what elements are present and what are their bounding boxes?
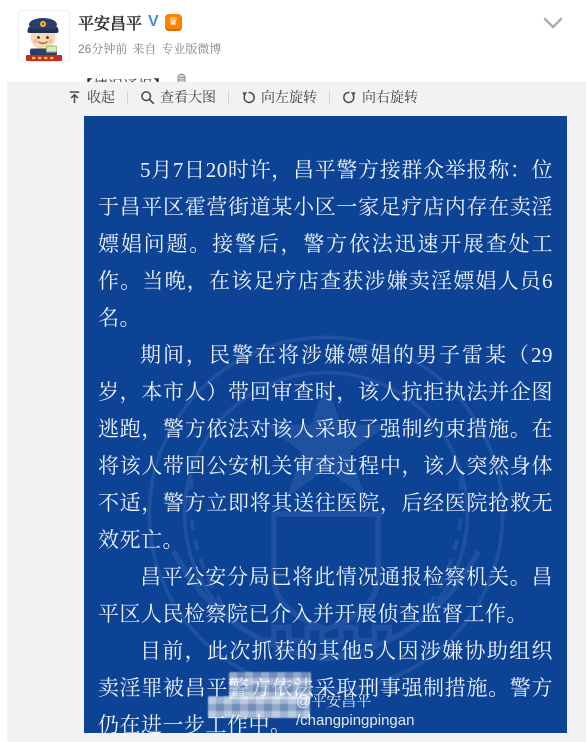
- signature-url: /changpingpingan: [296, 711, 414, 730]
- toolbar-divider: [127, 91, 128, 104]
- view-large-image-label: 查看大图: [160, 87, 216, 107]
- image-toolbar: 收起 查看大图 向左旋转: [7, 82, 586, 112]
- police-cartoon-avatar-image: [19, 11, 69, 61]
- collapse-button[interactable]: 收起: [67, 87, 115, 107]
- name-row: 平安昌平 V ♛: [78, 11, 570, 33]
- signature-handle: @平安昌平: [296, 692, 414, 711]
- notice-signature: @平安昌平 /changpingpingan: [296, 692, 414, 730]
- rotate-left-button[interactable]: 向左旋转: [241, 87, 317, 107]
- toolbar-divider: [329, 91, 330, 104]
- notice-paragraph: 昌平公安分局已将此情况通报检察机关。昌平区人民检察院已介入并开展侦查监督工作。: [98, 559, 553, 633]
- post-meta: 26分钟前 来自 专业版微博: [78, 40, 570, 57]
- post-time[interactable]: 26分钟前: [78, 40, 127, 57]
- post-source[interactable]: 专业版微博: [161, 40, 221, 57]
- notice-text: 5月7日20时许，昌平警方接群众举报称：位于昌平区霍营街道某小区一家足疗店内存在…: [84, 116, 567, 733]
- view-large-image-button[interactable]: 查看大图: [140, 87, 216, 107]
- notice-paragraph: 期间，民警在将涉嫌嫖娼的男子雷某（29岁，本市人）带回审查时，该人抗拒执法并企图…: [98, 337, 553, 559]
- rotate-left-label: 向左旋转: [261, 87, 317, 107]
- notice-image[interactable]: 5月7日20时许，昌平警方接群众举报称：位于昌平区霍营街道某小区一家足疗店内存在…: [84, 116, 567, 733]
- verified-badge-icon: V: [148, 14, 159, 30]
- rotate-left-icon: [241, 90, 256, 105]
- vip-member-badge-icon: ♛: [165, 14, 182, 31]
- collapse-label: 收起: [87, 87, 115, 107]
- toolbar-divider: [228, 91, 229, 104]
- chevron-down-icon[interactable]: [542, 16, 564, 30]
- meta-from-label: 来自: [132, 40, 156, 57]
- rotate-right-icon: [342, 90, 357, 105]
- expanded-image-panel: 收起 查看大图 向左旋转: [7, 82, 586, 742]
- rotate-right-button[interactable]: 向右旋转: [342, 87, 418, 107]
- view-large-image-icon: [140, 90, 155, 105]
- post-header: 平安昌平 V ♛ 26分钟前 来自 专业版微博: [0, 0, 586, 71]
- header-info: 平安昌平 V ♛ 26分钟前 来自 专业版微博: [78, 11, 570, 57]
- collapse-up-icon: [67, 90, 82, 105]
- notice-paragraph: 5月7日20时许，昌平警方接群众举报称：位于昌平区霍营街道某小区一家足疗店内存在…: [98, 152, 553, 337]
- weibo-post-page: 平安昌平 V ♛ 26分钟前 来自 专业版微博 【情况通报】: [0, 0, 586, 742]
- avatar[interactable]: [18, 10, 70, 62]
- username[interactable]: 平安昌平: [78, 11, 142, 34]
- blurred-watermark-mosaic: [208, 696, 310, 718]
- rotate-right-label: 向右旋转: [362, 87, 418, 107]
